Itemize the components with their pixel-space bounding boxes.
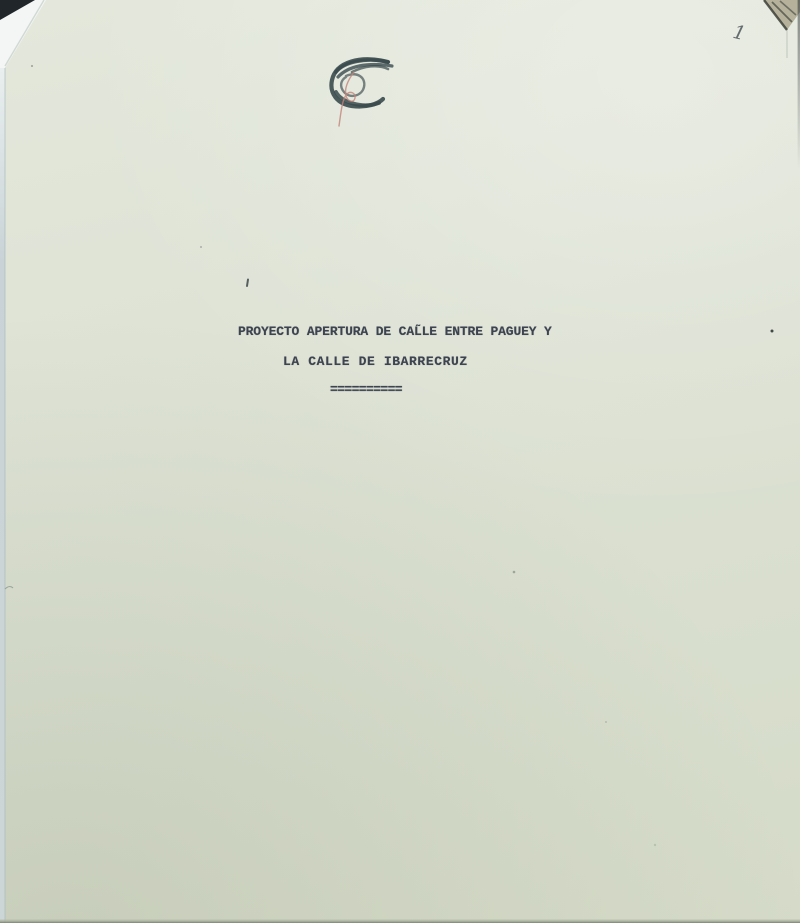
pencil-scribble-mark <box>331 59 392 106</box>
faint-speck <box>605 721 607 723</box>
faint-speck <box>200 246 202 248</box>
separator-line: ========== <box>330 383 402 396</box>
title-line-1: PROYECTO APERTURA DE CAL̃LE ENTRE PAGUEY… <box>238 325 552 338</box>
top-right-corner-fold <box>764 0 800 170</box>
ink-tick <box>247 280 248 287</box>
faint-speck <box>513 571 516 574</box>
faint-speck <box>31 65 33 67</box>
top-left-corner-shadow <box>0 0 46 68</box>
title-line-2: LA CALLE DE IBARRECRUZ <box>283 355 468 368</box>
bottom-edge-shadow <box>0 920 800 923</box>
ink-speck-marks <box>5 65 774 846</box>
scanned-page: 1 PROYECTO APERTURA DE CAL̃LE ENTRE PAGU… <box>0 0 800 923</box>
left-page-edge-strip <box>0 40 6 923</box>
edge-squiggle <box>5 587 13 589</box>
dark-dot <box>771 330 774 333</box>
scan-artifacts-layer <box>0 0 800 923</box>
faint-speck <box>654 844 656 846</box>
